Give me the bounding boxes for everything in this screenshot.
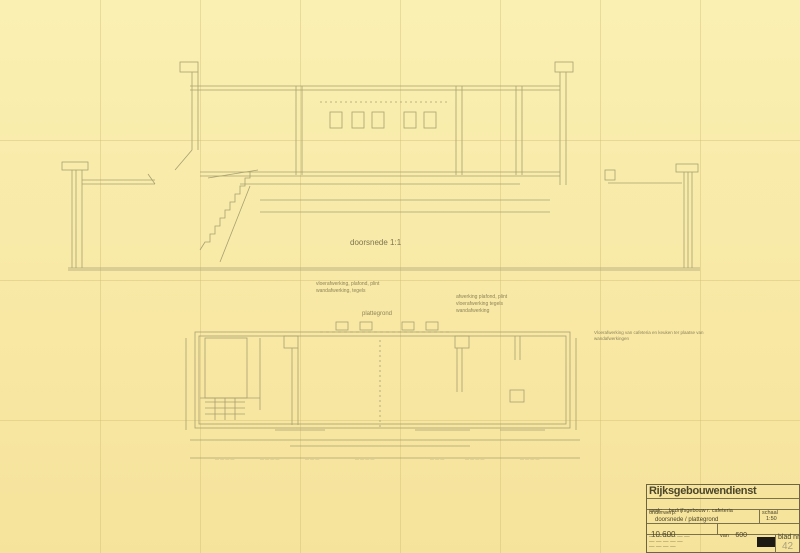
tb-sheet-row: — — — — — —— — — — —— — — — blad nr. 42: [647, 535, 799, 553]
svg-text:— — — —: — — — —: [215, 456, 234, 461]
tb-subject-row: onderwerp: doorsnede / plattegrond schaa…: [647, 510, 799, 524]
note-right-2: vloerafwerking tegels: [456, 301, 503, 307]
note-right-3: wandafwerking: [456, 308, 489, 314]
revision-cell: van 600: [717, 524, 800, 534]
svg-text:— — —: — — —: [305, 456, 319, 461]
technical-drawing: — — — — — — — — — — — — — — — — — — — — …: [0, 0, 800, 553]
svg-text:— — —: — — —: [430, 456, 444, 461]
tb-project-row: werk: bedrijfsgebouw r. cafeteria: [647, 499, 799, 510]
note-right-1: afwerking plafond, plint: [456, 294, 507, 300]
tb-organization-row: Rijksgebouwendienst: [647, 485, 799, 499]
svg-text:— — — —: — — — —: [520, 456, 539, 461]
svg-text:— — — —: — — — —: [260, 456, 279, 461]
section-label: doorsnede 1:1: [350, 238, 401, 247]
black-stamp: [757, 537, 775, 547]
plan-label: plattegrond: [362, 311, 392, 317]
sheet-number: 42: [776, 541, 800, 552]
svg-text:— — — —: — — — —: [465, 456, 484, 461]
organization: Rijksgebouwendienst: [647, 485, 799, 497]
note-top-2: wandafwerking, tegels: [316, 288, 365, 294]
scale: 1:50: [760, 516, 800, 522]
sheet-cell: blad nr. 42: [775, 535, 800, 553]
title-block: Rijksgebouwendienst werk: bedrijfsgebouw…: [646, 484, 800, 553]
note-top-1: vloerafwerking, plafond, plint: [316, 281, 379, 287]
scale-cell: schaal 1:50: [759, 510, 800, 523]
svg-text:— — — —: — — — —: [355, 456, 374, 461]
note-side: Vloerafwerking van cafeteria en keuken t…: [594, 330, 704, 342]
